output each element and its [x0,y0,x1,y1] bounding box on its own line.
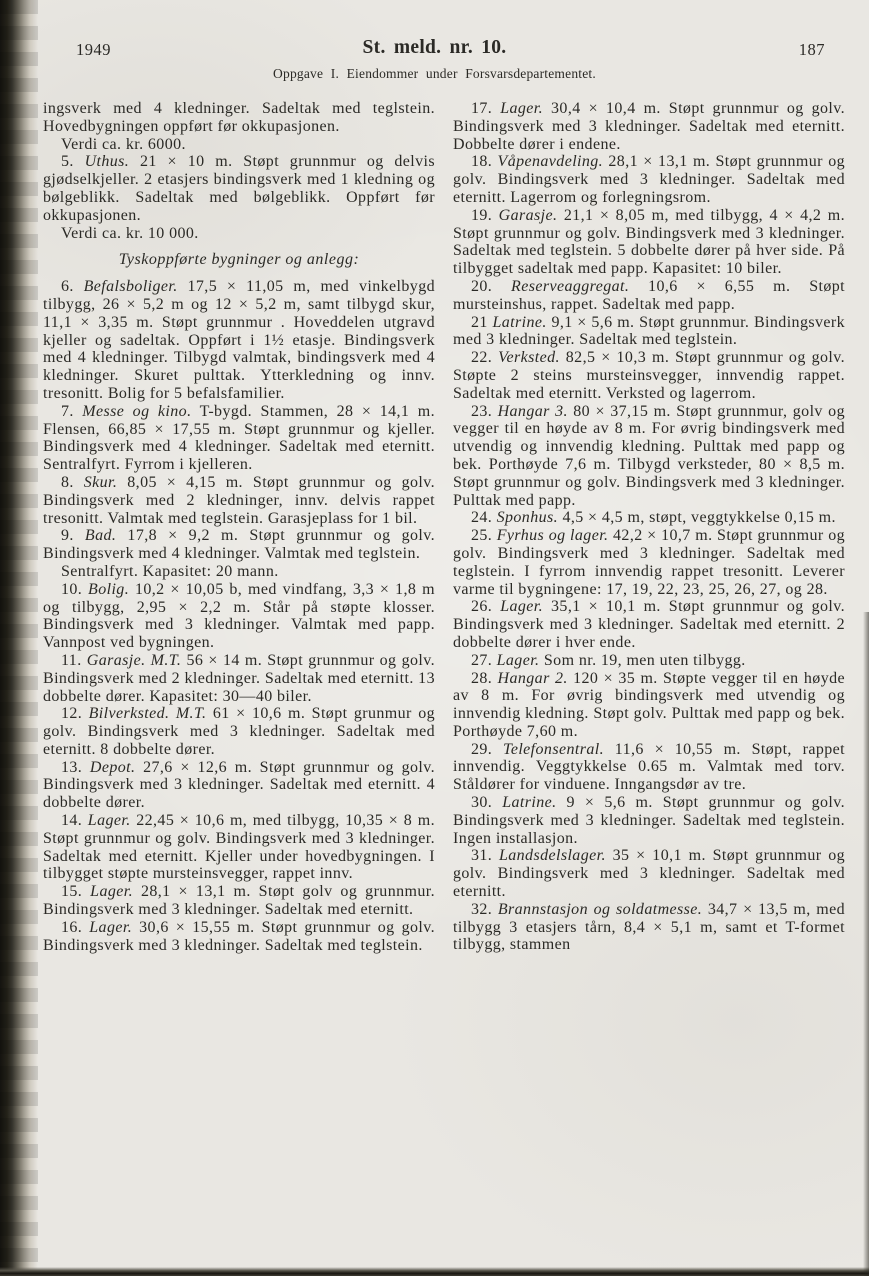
page-number: 187 [799,40,825,60]
entry-title: Uthus. [85,153,130,170]
paragraph: Verdi ca. kr. 10 000. [43,225,435,243]
paragraph: 5. Uthus. 21 × 10 m. Støpt grunnmur og d… [43,153,435,224]
scan-edge-right [863,612,869,1276]
paragraph: 12. Bilverksted. M.T. 61 × 10,6 m. Støpt… [43,705,435,758]
entry-title: Lager. [500,100,543,117]
paragraph: 8. Skur. 8,05 × 4,15 m. Støpt grunnmur o… [43,474,435,527]
entry-title: Hangar 3. [498,403,568,420]
paragraph: 10. Bolig. 10,2 × 10,05 b, med vindfang,… [43,581,435,652]
entry-title: Reserveaggregat. [511,278,629,295]
entry-title: Bilverksted. M.T. [89,705,207,722]
scan-edge-bottom [0,1267,869,1276]
paragraph: 7. Messe og kino. T-bygd. Stammen, 28 × … [43,403,435,474]
paragraph: Sentralfyrt. Kapasitet: 20 mann. [43,563,435,581]
entry-title: Landsdelslager. [499,847,606,864]
entry-title: Lager. [89,919,132,936]
text-column-right: 17. Lager. 30,4 × 10,4 m. Støpt grunnmur… [453,100,845,954]
page-title: St. meld. nr. 10. [0,37,869,59]
entry-title: Våpenavdeling. [498,153,604,170]
entry-title: Fyrhus og lager. [497,527,609,544]
paragraph: 22. Verksted. 82,5 × 10,3 m. Støpt grunn… [453,349,845,402]
entry-title: Garasje. [499,207,558,224]
entry-title: Latrine. [502,794,556,811]
paragraph: 19. Garasje. 21,1 × 8,05 m, med tilbygg,… [453,207,845,278]
text-column-left: ingsverk med 4 kledninger. Sadeltak med … [43,100,435,954]
paragraph: ingsverk med 4 kledninger. Sadeltak med … [43,100,435,136]
entry-title: Lager. [500,598,543,615]
paragraph: 25. Fyrhus og lager. 42,2 × 10,7 m. Støp… [453,527,845,598]
paragraph: 21 Latrine. 9,1 × 5,6 m. Støpt grunnmur.… [453,314,845,350]
paragraph: 18. Våpenavdeling. 28,1 × 13,1 m. Støpt … [453,153,845,206]
entry-title: Verksted. [498,349,560,366]
entry-title: Latrine. [492,314,546,331]
paragraph: 11. Garasje. M.T. 56 × 14 m. Støpt grunn… [43,652,435,705]
entry-title: Skur. [84,474,118,491]
paragraph: 20. Reserveaggregat. 10,6 × 6,55 m. Støp… [453,278,845,314]
entry-title: Messe og kino. [82,403,191,420]
paragraph: 15. Lager. 28,1 × 13,1 m. Støpt golv og … [43,883,435,919]
paragraph: 30. Latrine. 9 × 5,6 m. Støpt grunnmur o… [453,794,845,847]
paragraph: Verdi ca. kr. 6000. [43,136,435,154]
paragraph: 27. Lager. Som nr. 19, men uten tilbygg. [453,652,845,670]
paragraph: 32. Brannstasjon og soldatmesse. 34,7 × … [453,901,845,954]
paragraph: 23. Hangar 3. 80 × 37,15 m. Støpt grunnm… [453,403,845,510]
entry-title: Lager. [497,652,540,669]
entry-title: Garasje. M.T. [87,652,182,669]
paragraph: 29. Telefonsentral. 11,6 × 10,55 m. Støp… [453,741,845,794]
entry-title: Depot. [90,759,136,776]
entry-title: Lager. [90,883,133,900]
entry-title: Sponhus. [497,509,558,526]
paragraph: 14. Lager. 22,45 × 10,6 m, med tilbygg, … [43,812,435,883]
paragraph: 13. Depot. 27,6 × 12,6 m. Støpt grunnmur… [43,759,435,812]
entry-title: Telefonsentral. [503,741,604,758]
paragraph: 24. Sponhus. 4,5 × 4,5 m, støpt, veggtyk… [453,509,845,527]
entry-title: Befalsboliger. [84,278,178,295]
entry-title: Bad. [85,527,116,544]
entry-title: Brannstasjon og soldatmesse. [498,901,702,918]
text-body: ingsverk med 4 kledninger. Sadeltak med … [43,100,845,954]
paragraph: 26. Lager. 35,1 × 10,1 m. Støpt grunnmur… [453,598,845,651]
page-subtitle: Oppgave I. Eiendommer under Forsvarsdepa… [0,66,869,82]
scan-edge-left [0,0,38,1276]
entry-title: Bolig. [88,581,129,598]
paragraph: 6. Befalsboliger. 17,5 × 11,05 m, med vi… [43,278,435,403]
paragraph: 17. Lager. 30,4 × 10,4 m. Støpt grunnmur… [453,100,845,153]
paragraph: 31. Landsdelslager. 35 × 10,1 m. Støpt g… [453,847,845,900]
entry-title: Lager. [88,812,131,829]
paragraph: 9. Bad. 17,8 × 9,2 m. Støpt grunnmur og … [43,527,435,563]
section-heading: Tyskoppførte bygninger og anlegg: [43,251,435,269]
entry-title: Hangar 2. [498,670,568,687]
paragraph: 28. Hangar 2. 120 × 35 m. Støpte vegger … [453,670,845,741]
paragraph: 16. Lager. 30,6 × 15,55 m. Støpt grunnmu… [43,919,435,955]
